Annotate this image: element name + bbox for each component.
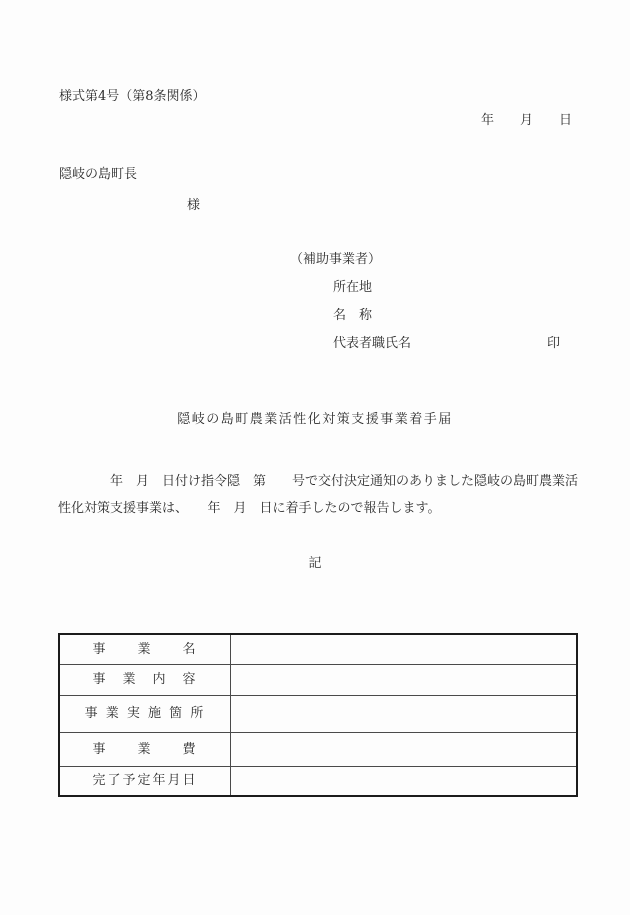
row-value-completion-date: [231, 766, 578, 796]
addressee: 隠岐の島町長: [59, 168, 137, 181]
seal-mark: 印: [547, 337, 560, 350]
document-page: 様式第4号（第8条関係） 年 月 日 隠岐の島町長 様 （補助事業者） 所在地 …: [0, 0, 630, 915]
applicant-address-label: 所在地: [333, 281, 372, 294]
form-number: 様式第4号（第8条関係）: [59, 90, 206, 103]
table-row: 完了予定年月日: [59, 766, 577, 796]
table-row: 事 業 実 施 箇 所: [59, 695, 577, 732]
row-label-project-content: 事 業 内 容: [59, 664, 231, 695]
addressee-honorific: 様: [187, 199, 200, 212]
row-value-project-name: [231, 634, 578, 664]
body-paragraph-line-1: 年 月 日付け指令隠 第 号で交付決定通知のありました隠岐の島町農業活: [58, 475, 578, 488]
row-label-completion-date: 完了予定年月日: [59, 766, 231, 796]
row-label-project-name: 事 業 名: [59, 634, 231, 664]
row-value-project-cost: [231, 732, 578, 766]
date-line: 年 月 日: [481, 114, 572, 127]
project-detail-table: 事 業 名 事 業 内 容 事 業 実 施 箇 所 事 業 費 完了予定年月日: [58, 633, 578, 797]
body-paragraph-line-2: 性化対策支援事業は、 年 月 日に着手したので報告します。: [58, 502, 440, 515]
row-label-project-cost: 事 業 費: [59, 732, 231, 766]
record-marker: 記: [0, 557, 630, 570]
applicant-label: （補助事業者）: [290, 253, 381, 266]
row-label-project-location: 事 業 実 施 箇 所: [59, 695, 231, 732]
row-value-project-content: [231, 664, 578, 695]
table-row: 事 業 内 容: [59, 664, 577, 695]
applicant-name-label: 名 称: [333, 309, 372, 322]
row-value-project-location: [231, 695, 578, 732]
table-row: 事 業 費: [59, 732, 577, 766]
table-row: 事 業 名: [59, 634, 577, 664]
document-title: 隠岐の島町農業活性化対策支援事業着手届: [0, 413, 630, 426]
applicant-representative-label: 代表者職氏名: [333, 337, 411, 350]
